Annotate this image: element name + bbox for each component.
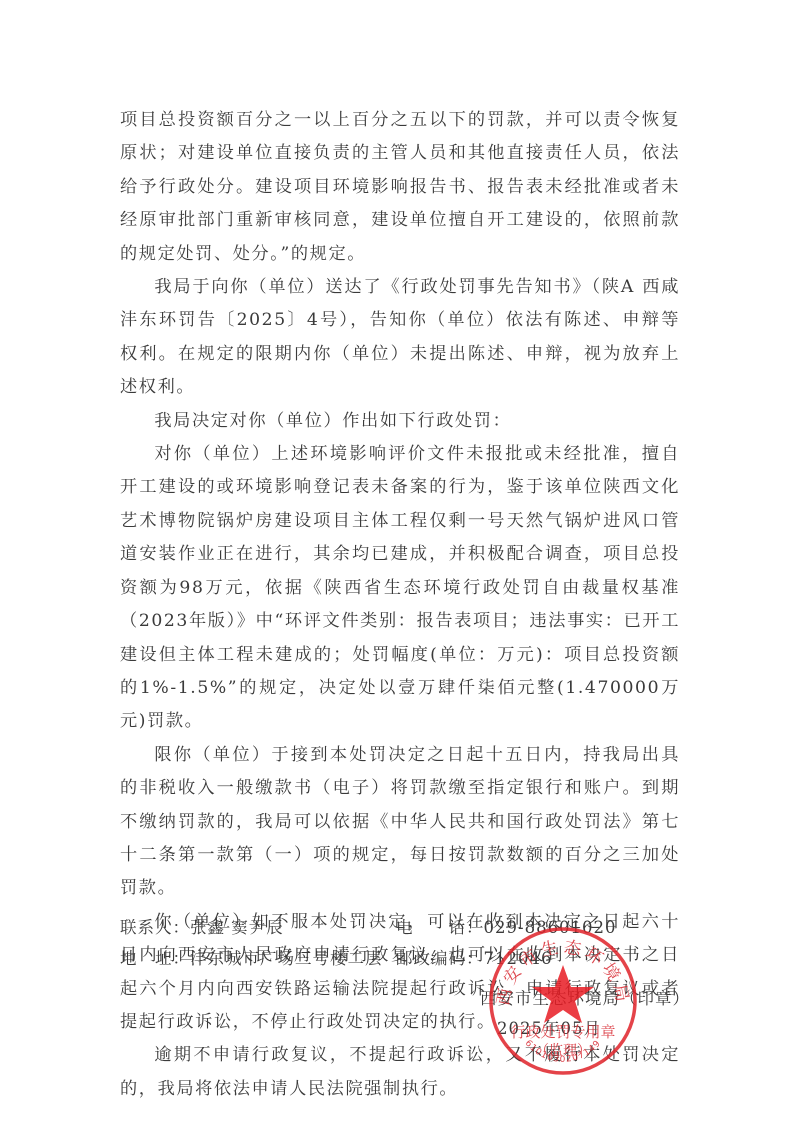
paragraph-decision-intro: 我局决定对你（单位）作出如下行政处罚： [120,405,680,438]
contact-person-value: 张鑫 窦尹辰 [190,918,284,937]
seal-star-icon [532,965,594,1023]
document-page: 项目总投资额百分之一以上百分之五以下的罚款，并可以责令恢复原状；对建设单位直接负… [0,0,800,1132]
paragraph-penalty-detail: 对你（单位）上述环境影响评价文件未报批或未经批准，擅自开工建设的或环境影响登记表… [120,438,680,739]
contact-row-person: 联系人：张鑫 窦尹辰 电 话：029-88601020 [120,914,284,938]
official-seal-icon: 西安市生态环境局 行政处罚专用章 （监理） 6101030207149 [487,925,639,1077]
contact-person-label: 联系人： [120,914,190,938]
contact-phone-label: 电 话： [396,918,484,937]
contact-address-value: 沣东城市广场三号楼二层 [190,949,383,968]
contact-address-label: 地 址： [120,945,190,969]
contact-postcode-label: 邮政编码： [396,949,484,968]
paragraph-payment-terms: 限你（单位）于接到本处罚决定之日起十五日内，持我局出具的非税收入一般缴款书（电子… [120,739,680,906]
contact-row-address: 地 址：沣东城市广场三号楼二层 邮政编码：712046 [120,945,383,969]
paragraph-legal-citation: 项目总投资额百分之一以上百分之五以下的罚款，并可以责令恢复原状；对建设单位直接负… [120,104,680,271]
seal-inner-line1: 行政处罚专用章 [510,1023,615,1041]
paragraph-notice-served: 我局于向你（单位）送达了《行政处罚事先告知书》（陕A 西咸沣东环罚告〔2025〕… [120,271,680,405]
